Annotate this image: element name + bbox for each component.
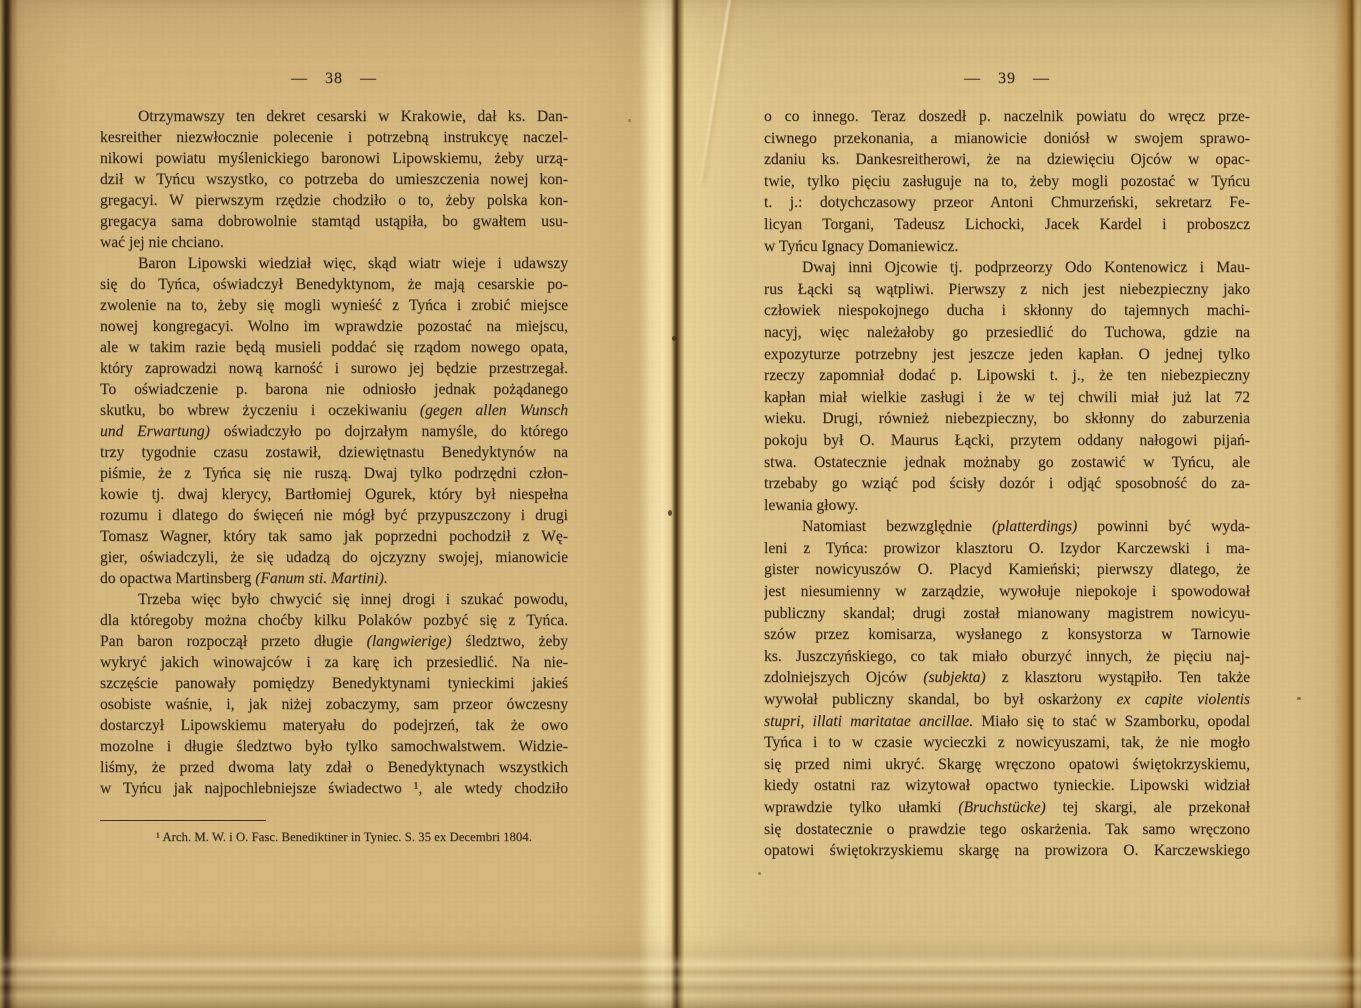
text-segment: w Tyńcu jak najpochlebniejsze świadectwo… [100,780,568,797]
text-line: do opactwa Martinsberg (Fanum sti. Marti… [100,568,568,589]
text-line: który zaprowadzi nową karność i surowo j… [100,358,568,379]
text-line: wać jej nie chciano. [100,232,568,253]
text-segment: trzebaby go wziąć pod ścisły dozór i odj… [764,475,1250,492]
text-segment: do opactwa Martinsberg [100,570,255,587]
text-segment-italic: (subjekta) [923,669,985,686]
paper-speck [758,872,761,875]
footnote-text: ¹ Arch. M. W. i O. Fasc. Benediktiner in… [100,829,624,846]
text-line: wywołał publiczny skandal, bo był oskarż… [764,689,1250,711]
text-line: licyan Torgani, Tadeusz Lichocki, Jacek … [764,214,1250,236]
text-line: zdolniejszych Ojców (subjekta) z klaszto… [764,667,1250,689]
text-segment: dził w Tyńcu wszystko, co potrzeba do um… [100,171,568,188]
text-segment: skutku, bo wbrew życzeniu i oczekiwaniu [100,402,420,419]
text-segment: się dostatecznie o prawdzie tego oskarże… [764,821,1250,838]
text-segment: nikowi powiatu myślenickiego baronowi Li… [100,150,568,167]
text-segment: Pan baron rozpoczął przeto długie [100,633,367,650]
text-line: szczęście panowały pomiędzy Benedyktynam… [100,673,568,694]
text-segment: rozumu i dlatego do święceń nie mógł być… [100,507,568,524]
text-line: nowej kongregacyi. Wolno im wprawdzie po… [100,316,568,337]
text-segment: dostarczył Lipowskiemu materyału do pode… [100,717,568,734]
book-scan: — 38 — — 39 — Otrzymawszy ten dekret ces… [0,0,1361,1008]
paper-speck [668,510,672,516]
text-segment: Natomiast bezwzględnie [802,518,992,535]
text-segment: opatowi świętokrzyskiemu skargę na prowi… [764,842,1250,859]
text-segment: Baron Lipowski wiedział więc, skąd wiatr… [138,255,568,272]
paper-speck [672,336,676,341]
text-segment: szów przez komisarza, wysłanego z konsys… [764,626,1250,643]
text-line: stupri, illati maritatae ancillae. Miało… [764,711,1250,733]
text-line: gier, oświadczyli, że się udadzą do ojcz… [100,547,568,568]
text-segment: zdaniu ks. Dankesreitherowi, że na dziew… [764,151,1250,168]
text-segment: kiedy ostatni raz wizytował opactwo tyni… [764,777,1250,794]
text-segment: oświadczyło po dojrzałym namyśle, do któ… [210,423,568,440]
text-segment: wieku. Drugi, również niebezpieczny, bo … [764,410,1250,427]
text-segment-italic: (platterdings) [992,518,1077,535]
text-segment: ks. Juszczyńskiego, co tak miało oburzyć… [764,648,1250,665]
text-segment: Miało się to stać w Szamborku, opodal [973,713,1250,730]
text-segment: w Tyńcu Ignacy Domaniewicz. [764,238,958,255]
text-segment-italic: (langwierige) [367,633,452,650]
text-line: się do Tyńca, oświadczył Benedyktynom, ż… [100,274,568,295]
text-line: rzeczy zapomniał dodać p. Lipowski t. j.… [764,365,1250,387]
text-segment: gregacya sama dobrowolnie stamtąd ustąpi… [100,213,568,230]
text-segment: leni z Tyńca: prowizor klasztoru O. Izyd… [764,540,1250,557]
text-segment: nacyj, więc należałoby go przesiedlić do… [764,324,1250,341]
text-line: expozyturze potrzebny jest jeszcze jeden… [764,344,1250,366]
text-line: kowie tj. dwaj klerycy, Bartłomiej Ogure… [100,484,568,505]
text-line: zdaniu ks. Dankesreitherowi, że na dziew… [764,149,1250,171]
text-line: osobiste waśnie, i, jak niżej zobaczymy,… [100,694,568,715]
footnote-rule [100,820,266,821]
page-fore-edge [1333,0,1361,1008]
text-segment: z klasztoru wystąpiło. Ten także [986,669,1250,686]
text-segment: ale w takim razie będą musieli poddać si… [100,339,568,356]
text-segment: mozolne i długie śledztwo było tylko sam… [100,738,568,755]
text-line: Tyńca i to w czasie wycieczki z nowicyus… [764,732,1250,754]
text-line: Pan baron rozpoczął przeto długie (langw… [100,631,568,652]
page-number-right: — 39 — [764,70,1250,92]
text-segment: publiczny skandal; drugi został mianowan… [764,605,1250,622]
text-line: und Erwartung) oświadczyło po dojrzałym … [100,421,568,442]
page-right-text: o co innego. Teraz doszedł p. naczelnik … [764,106,1250,862]
text-segment: człowiek niespokojnego ducha i skłonny d… [764,302,1250,319]
text-line: skutku, bo wbrew życzeniu i oczekiwaniu … [100,400,568,421]
text-line: To oświadczenie p. barona nie odniosło j… [100,379,568,400]
text-line: zwolenie na to, żeby się mogli wynieść z… [100,295,568,316]
text-segment: kapłan miał wielkie zasługi i że w tej c… [764,389,1250,406]
text-segment-italic: (gegen allen Wunsch [420,402,568,419]
text-line: rus Łącki są wątpliwi. Pierwszy z nich j… [764,279,1250,301]
text-line: dził w Tyńcu wszystko, co potrzeba do um… [100,169,568,190]
text-line: lewania głowy. [764,495,1250,517]
text-segment: Tyńca i to w czasie wycieczki z nowicyus… [764,734,1250,751]
text-line: rozumu i dlatego do święceń nie mógł być… [100,505,568,526]
text-line: Natomiast bezwzględnie (platterdings) po… [764,516,1250,538]
text-segment: rus Łącki są wątpliwi. Pierwszy z nich j… [764,281,1250,298]
text-segment: ciwnego przekonania, a mianowicie doniós… [764,130,1250,147]
text-segment: piśmie, że z Tyńca się nie ruszą. Dwaj t… [100,465,568,482]
text-line: ale w takim razie będą musieli poddać si… [100,337,568,358]
text-segment-italic: (Bruchstücke) [958,799,1045,816]
text-segment: wać jej nie chciano. [100,234,224,251]
text-segment: o co innego. Teraz doszedł p. naczelnik … [764,108,1250,125]
text-line: piśmie, że z Tyńca się nie ruszą. Dwaj t… [100,463,568,484]
text-segment: wprawdzie tylko ułamki [764,799,958,816]
text-segment: osobiste waśnie, i, jak niżej zobaczymy,… [100,696,568,713]
text-line: trzy tygodnie czasu zostawił, dziewiętna… [100,442,568,463]
text-line: nacyj, więc należałoby go przesiedlić do… [764,322,1250,344]
text-segment: jest niesumienny w zarządzie, wywołuje n… [764,583,1250,600]
text-segment: twie, tylko pięciu zasługuje na to, żeby… [764,173,1250,190]
text-line: leni z Tyńca: prowizor klasztoru O. Izyd… [764,538,1250,560]
text-line: Dwaj inni Ojcowie tj. podprzeorzy Odo Ko… [764,257,1250,279]
text-segment: dla któregoby można choćby kilku Polaków… [100,612,568,629]
text-segment: kowie tj. dwaj klerycy, Bartłomiej Ogure… [100,486,568,503]
text-line: Tomasz Wagner, który tak samo jak poprze… [100,526,568,547]
text-line: kiedy ostatni raz wizytował opactwo tyni… [764,775,1250,797]
text-segment: pokoju był O. Maurus Łącki, przytem odda… [764,432,1250,449]
text-line: twie, tylko pięciu zasługuje na to, żeby… [764,171,1250,193]
text-segment: licyan Torgani, Tadeusz Lichocki, Jacek … [764,216,1250,233]
text-line: pokoju był O. Maurus Łącki, przytem odda… [764,430,1250,452]
text-segment: się do Tyńca, oświadczył Benedyktynom, ż… [100,276,568,293]
text-line: gister nowicyuszów O. Placyd Kamieński; … [764,559,1250,581]
text-segment: śledztwo, żeby [452,633,568,650]
text-line: wieku. Drugi, również niebezpieczny, bo … [764,408,1250,430]
text-segment: Trzeba więc było chwycić się innej drogi… [138,591,568,608]
text-segment: który zaprowadzi nową karność i surowo j… [100,360,568,377]
text-line: o co innego. Teraz doszedł p. naczelnik … [764,106,1250,128]
text-segment: wykryć jakich winowajców i za karę ich p… [100,654,568,671]
page-left-text: Otrzymawszy ten dekret cesarski w Krakow… [100,106,568,799]
text-segment: kesreither niezwłocznie polecenie i potr… [100,129,568,146]
text-segment: Tomasz Wagner, który tak samo jak poprze… [100,528,568,545]
text-line: się dostatecznie o prawdzie tego oskarże… [764,819,1250,841]
text-line: wprawdzie tylko ułamki (Bruchstücke) tej… [764,797,1250,819]
text-segment: gregacyi. W pierwszym rzędzie chodziło o… [100,192,568,209]
paper-speck [628,119,631,122]
text-line: dostarczył Lipowskiemu materyału do pode… [100,715,568,736]
text-segment: nowej kongregacyi. Wolno im wprawdzie po… [100,318,568,335]
text-segment: gister nowicyuszów O. Placyd Kamieński; … [764,561,1250,578]
book-spine-edge [0,0,18,1008]
text-segment: szczęście panowały pomiędzy Benedyktynam… [100,675,568,692]
text-segment: expozyturze potrzebny jest jeszcze jeden… [764,346,1250,363]
text-line: kapłan miał wielkie zasługi i że w tej c… [764,387,1250,409]
text-line: Otrzymawszy ten dekret cesarski w Krakow… [100,106,568,127]
text-segment-italic: (Fanum sti. Martini). [255,570,388,587]
text-line: w Tyńcu Ignacy Domaniewicz. [764,236,1250,258]
text-line: kesreither niezwłocznie polecenie i potr… [100,127,568,148]
text-line: się przed nimi ukryć. Skargę wręczono op… [764,754,1250,776]
text-line: ks. Juszczyńskiego, co tak miało oburzyć… [764,646,1250,668]
text-segment: To oświadczenie p. barona nie odniosło j… [100,381,568,398]
text-line: Trzeba więc było chwycić się innej drogi… [100,589,568,610]
paper-speck [1297,697,1301,700]
text-segment-italic: stupri, illati maritatae ancillae. [764,713,973,730]
text-line: stwa. Ostatecznie jednak możnaby go zost… [764,452,1250,474]
text-line: ciwnego przekonania, a mianowicie doniós… [764,128,1250,150]
text-segment: stwa. Ostatecznie jednak możnaby go zost… [764,454,1250,471]
text-line: w Tyńcu jak najpochlebniejsze świadectwo… [100,778,568,799]
text-segment: rzeczy zapomniał dodać p. Lipowski t. j.… [764,367,1250,384]
text-segment: liśmy, że przed dwoma laty zdał o Benedy… [100,759,568,776]
text-line: trzebaby go wziąć pod ścisły dozór i odj… [764,473,1250,495]
text-line: dla któregoby można choćby kilku Polaków… [100,610,568,631]
text-segment: lewania głowy. [764,497,858,514]
text-segment: wywołał publiczny skandal, bo był oskarż… [764,691,1117,708]
text-segment: powinni być wyda- [1077,518,1250,535]
text-line: szów przez komisarza, wysłanego z konsys… [764,624,1250,646]
text-line: gregacya sama dobrowolnie stamtąd ustąpi… [100,211,568,232]
text-line: człowiek niespokojnego ducha i skłonny d… [764,300,1250,322]
text-line: Baron Lipowski wiedział więc, skąd wiatr… [100,253,568,274]
text-line: gregacyi. W pierwszym rzędzie chodziło o… [100,190,568,211]
text-line: jest niesumienny w zarządzie, wywołuje n… [764,581,1250,603]
text-line: nikowi powiatu myślenickiego baronowi Li… [100,148,568,169]
text-line: mozolne i długie śledztwo było tylko sam… [100,736,568,757]
text-segment: Otrzymawszy ten dekret cesarski w Krakow… [138,108,568,125]
text-segment: t. j.: dotychczasowy przeor Antoni Chmur… [764,194,1250,211]
text-segment: się przed nimi ukryć. Skargę wręczono op… [764,756,1250,773]
page-number-left: — 38 — [100,70,568,92]
text-segment-italic: ex capite violentis [1117,691,1251,708]
text-line: opatowi świętokrzyskiemu skargę na prowi… [764,840,1250,862]
text-segment: zwolenie na to, żeby się mogli wynieść z… [100,297,568,314]
text-segment: Dwaj inni Ojcowie tj. podprzeorzy Odo Ko… [802,259,1250,276]
text-segment: zdolniejszych Ojców [764,669,923,686]
text-line: wykryć jakich winowajców i za karę ich p… [100,652,568,673]
text-line: publiczny skandal; drugi został mianowan… [764,603,1250,625]
text-segment: trzy tygodnie czasu zostawił, dziewiętna… [100,444,568,461]
text-segment: tej skargi, ale przekonał [1046,799,1250,816]
text-line: liśmy, że przed dwoma laty zdał o Benedy… [100,757,568,778]
text-segment-italic: und Erwartung) [100,423,210,440]
text-line: t. j.: dotychczasowy przeor Antoni Chmur… [764,192,1250,214]
text-segment: gier, oświadczyli, że się udadzą do ojcz… [100,549,568,566]
